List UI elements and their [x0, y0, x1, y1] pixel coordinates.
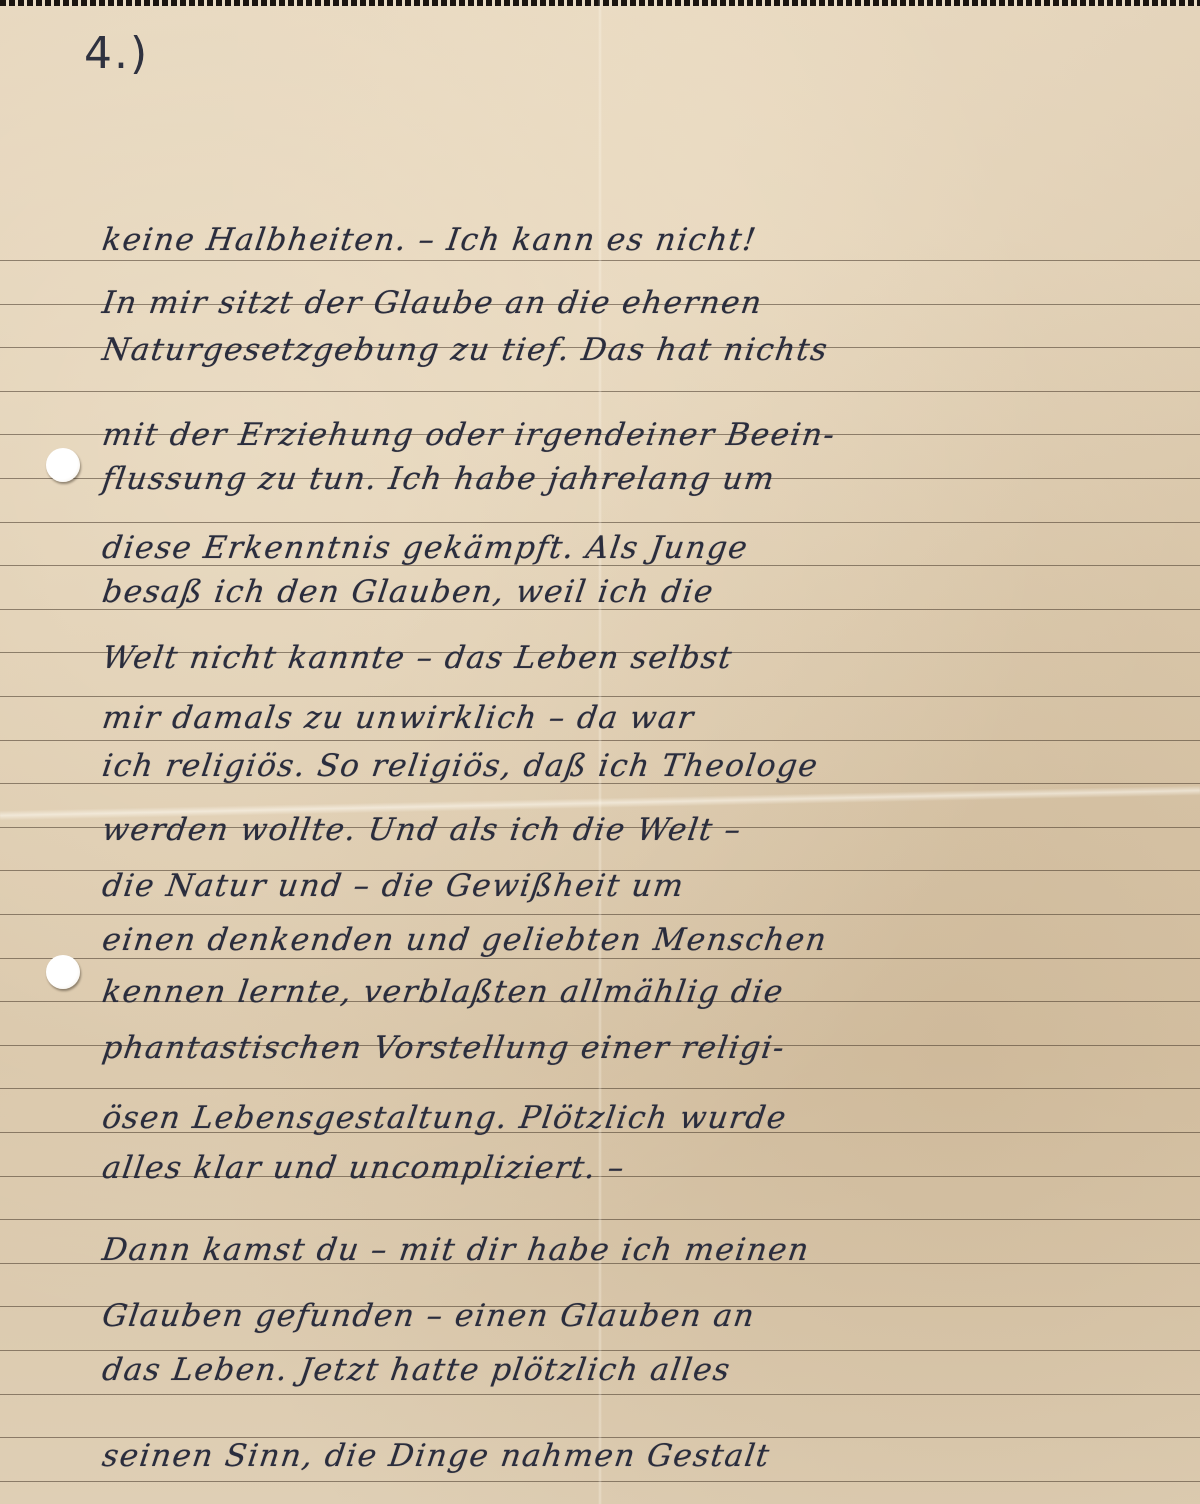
text-line: mir damals zu unwirklich – da war — [100, 700, 1177, 736]
text-line: ösen Lebensgestaltung. Plötzlich wurde — [100, 1100, 1177, 1136]
text-line: die Natur und – die Gewißheit um — [100, 868, 1177, 904]
text-line: einen denkenden und geliebten Menschen — [100, 922, 1177, 958]
text-line: flussung zu tun. Ich habe jahrelang um — [100, 461, 1177, 497]
letter-page: 4.) keine Halbheiten. – Ich kann es nich… — [0, 0, 1200, 1504]
text-line: das Leben. Jetzt hatte plötzlich alles — [100, 1352, 1177, 1388]
punch-hole-upper — [46, 448, 80, 482]
text-line: In mir sitzt der Glaube an die ehernen — [100, 285, 1177, 321]
text-line: werden wollte. Und als ich die Welt – — [100, 812, 1177, 848]
text-line: diese Erkenntnis gekämpft. Als Junge — [100, 530, 1177, 566]
text-line: Dann kamst du – mit dir habe ich meinen — [100, 1232, 1177, 1268]
text-line: besaß ich den Glauben, weil ich die — [100, 574, 1177, 610]
text-line: Glauben gefunden – einen Glauben an — [100, 1298, 1177, 1334]
text-line: phantastischen Vorstellung einer religi- — [100, 1030, 1177, 1066]
text-line: mit der Erziehung oder irgendeiner Beein… — [100, 417, 1177, 453]
text-line: keine Halbheiten. – Ich kann es nicht! — [100, 222, 1177, 258]
text-line: alles klar und uncompliziert. – — [100, 1150, 1177, 1186]
punch-hole-lower — [46, 955, 80, 989]
text-line: seinen Sinn, die Dinge nahmen Gestalt — [100, 1438, 1177, 1474]
text-line: Welt nicht kannte – das Leben selbst — [100, 640, 1177, 676]
text-line: kennen lernte, verblaßten allmählig die — [100, 974, 1177, 1010]
text-line: ich religiös. So religiös, daß ich Theol… — [100, 748, 1177, 784]
text-line: Naturgesetzgebung zu tief. Das hat nicht… — [100, 332, 1177, 368]
page-number: 4.) — [84, 28, 149, 79]
